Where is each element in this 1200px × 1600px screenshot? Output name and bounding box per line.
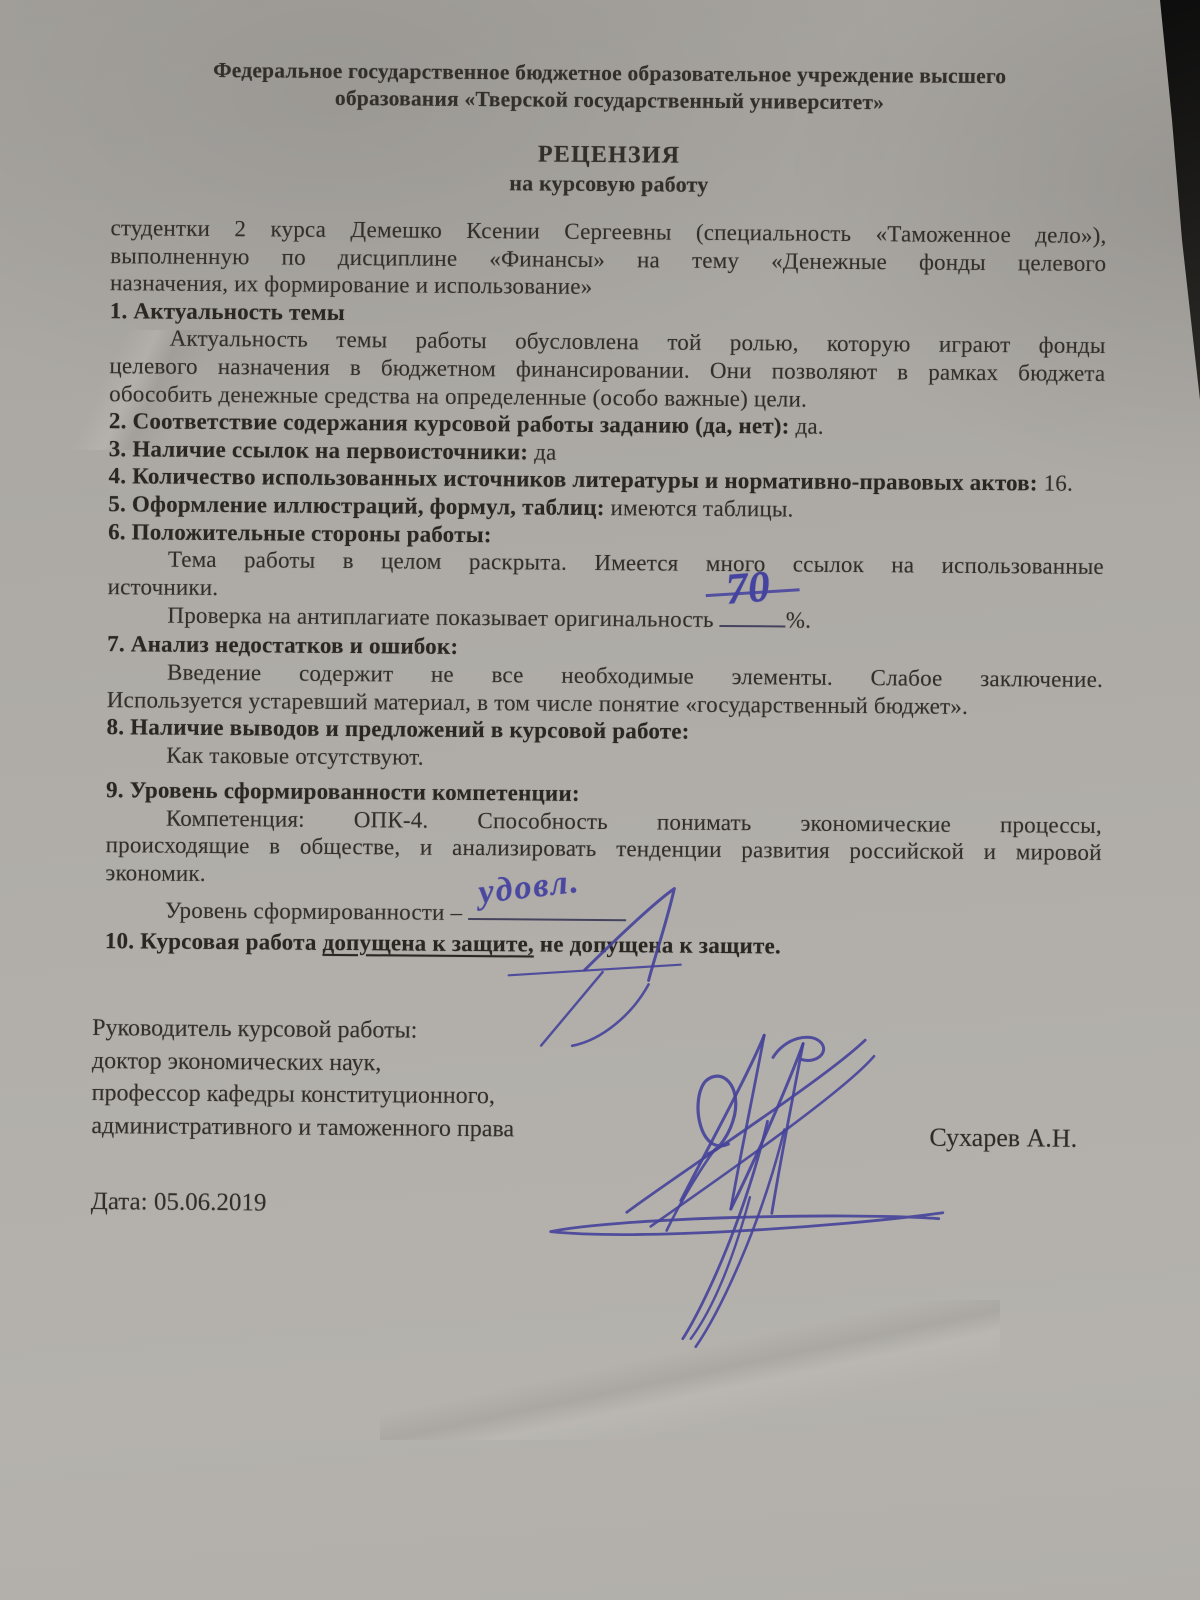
institution-header: Федеральное государственное бюджетное об… — [111, 56, 1107, 118]
item10-suffix: не допущена к защите. — [534, 931, 781, 958]
document-page: Федеральное государственное бюджетное об… — [0, 0, 1200, 1600]
item2-label: 2. Соответствие содержания курсовой рабо… — [109, 408, 790, 438]
item5-value: имеются таблицы. — [610, 495, 793, 521]
item10-underlined: допущена к защите, — [322, 930, 533, 957]
supervisor-line: административного и таможенного права — [91, 1110, 514, 1146]
item3-label: 3. Наличие ссылок на первоисточники: — [109, 436, 529, 464]
plagiarism-prefix: Проверка на антиплагиате показывает ориг… — [167, 603, 714, 632]
intro-paragraph: студентки 2 курса Демешко Ксении Сергеев… — [110, 214, 1107, 305]
level-prefix: Уровень сформированности – — [165, 897, 462, 924]
supervisor-line: доктор экономических наук, — [92, 1045, 515, 1081]
plagiarism-blank: 70 — [720, 617, 786, 628]
supervisor-block: Руководитель курсовой работы: доктор эко… — [91, 1012, 515, 1145]
plagiarism-suffix: %. — [786, 608, 812, 633]
item4-value: 16. — [1044, 471, 1074, 496]
item7-paragraph: Введение содержит не все необходимые эле… — [107, 658, 1103, 721]
handwritten-plagiarism-value: 70 — [725, 572, 772, 605]
item10-prefix: 10. Курсовая работа — [105, 928, 323, 955]
item3-value: да — [534, 439, 557, 464]
document-body: Федеральное государственное бюджетное об… — [105, 56, 1108, 962]
photo-background: Федеральное государственное бюджетное об… — [0, 0, 1200, 1600]
supervisor-line: профессор кафедры конституционного, — [92, 1077, 515, 1113]
item6-paragraph: Тема работы в целом раскрыта. Имеется мн… — [108, 545, 1104, 608]
item5-label: 5. Оформление иллюстраций, формул, табли… — [108, 491, 604, 520]
item2-value: да. — [795, 414, 823, 439]
supervisor-line: Руководитель курсовой работы: — [92, 1012, 515, 1048]
level-blank: удовл. — [468, 910, 626, 921]
signer-name: Сухарев А.Н. — [929, 1123, 1077, 1154]
date-line: Дата: 05.06.2019 — [91, 1188, 267, 1217]
document-content-tilt: Федеральное государственное бюджетное об… — [0, 0, 1200, 1600]
item9-paragraph: Компетенция: ОПК-4. Способность понимать… — [105, 804, 1102, 895]
item1-paragraph: Актуальность темы работы обусловлена той… — [109, 325, 1106, 416]
